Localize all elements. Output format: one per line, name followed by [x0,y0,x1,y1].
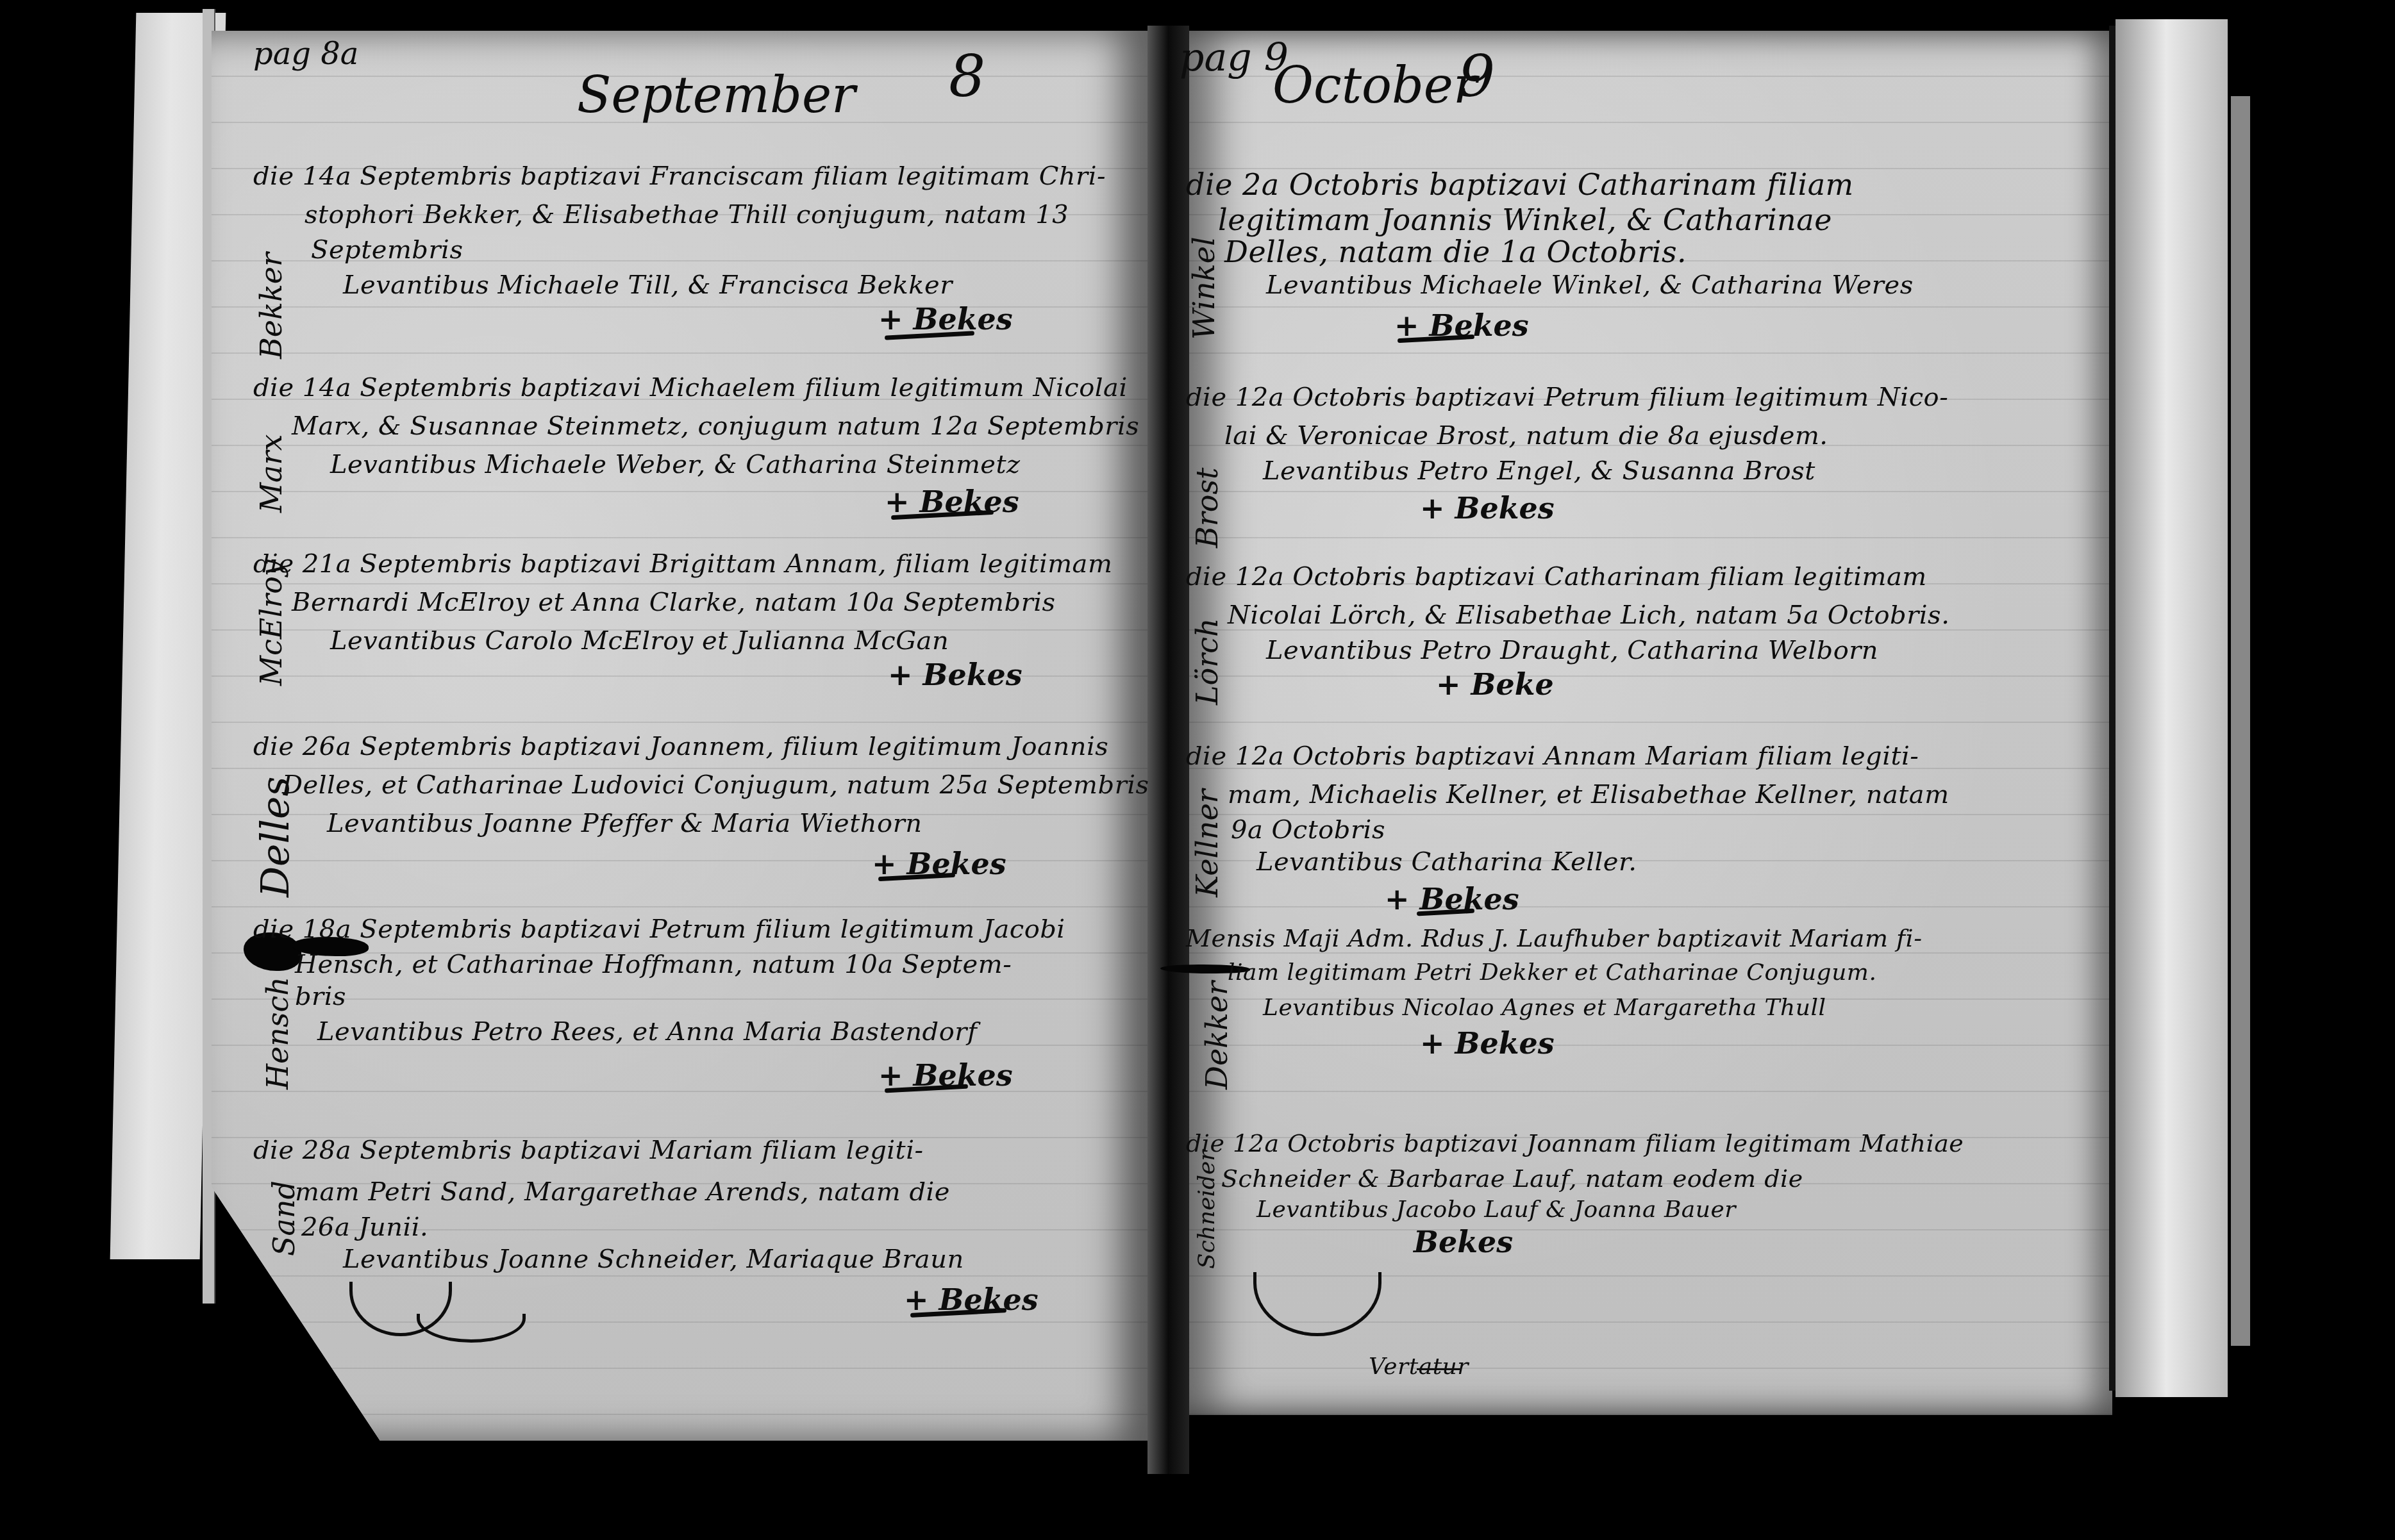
left-page-ref: pag 8a [253,38,358,69]
entry-line: Delles, et Catharinae Ludovici Conjugum,… [282,772,1149,798]
entry-line: Levantibus Michaele Till, & Francisca Be… [343,272,953,298]
entry-line: legitimam Joannis Winkel, & Catharinae [1218,205,1832,235]
entry-line: Levantibus Catharina Keller. [1256,849,1637,875]
priest-signature: + Bekes [878,304,1013,334]
entry-line: 9a Octobris [1231,817,1385,843]
entry-line: Levantibus Carolo McElroy et Julianna Mc… [330,628,949,654]
left-month-heading: September [577,70,855,120]
entry-line: die 14a Septembris baptizavi Franciscam … [253,163,1106,189]
entry-line: die 26a Septembris baptizavi Joannem, fi… [253,734,1108,759]
vertatur-note: Vertatur [1369,1355,1469,1379]
entry-line: die 12a Octobris baptizavi Joannam filia… [1186,1131,1964,1155]
priest-signature: + Beke [1436,670,1554,699]
book-gutter [1147,26,1189,1474]
margin-surname: Hensch [263,977,292,1089]
entry-line: Levantibus Nicolao Agnes et Margaretha T… [1263,997,1826,1020]
entry-line: liam legitimam Petri Dekker et Catharina… [1228,961,1876,984]
scanned-register-spread: pag 8a September 8 Bekker die 14a Septem… [0,0,2395,1540]
entry-line: die 21a Septembris baptizavi Brigittam A… [253,551,1112,577]
priest-signature: + Bekes [888,660,1022,690]
entry-line: Levantibus Petro Draught, Catharina Welb… [1266,638,1878,663]
margin-surname: Winkel [1189,236,1219,340]
entry-line: die 12a Octobris baptizavi Annam Mariam … [1186,743,1919,769]
inserted-slip-edge [2231,96,2250,1346]
vertatur-dash [1417,1368,1462,1370]
entry-line: Levantibus Joanne Pfeffer & Maria Wietho… [327,811,922,836]
entry-line: die 28a Septembris baptizavi Mariam fili… [253,1138,923,1163]
margin-surname: Kellner [1192,789,1222,897]
left-page-number: 8 [949,48,985,106]
priest-signature: + Bekes [1420,1029,1555,1058]
entry-line: Levantibus Petro Engel, & Susanna Brost [1263,458,1815,484]
entry-line: Levantibus Petro Rees, et Anna Maria Bas… [317,1019,977,1045]
entry-line: Levantibus Michaele Winkel, & Catharina … [1266,272,1914,298]
entry-line: bris [295,984,346,1009]
entry-line: die 18a Septembris baptizavi Petrum fili… [253,916,1065,942]
entry-line: lai & Veronicae Brost, natum die 8a ejus… [1224,423,1828,449]
entry-line: 26a Junii. [301,1214,428,1240]
entry-line: Septembris [311,237,463,263]
entry-line: mam, Michaelis Kellner, et Elisabethae K… [1228,782,1949,807]
entry-line: Delles, natam die 1a Octobris. [1224,237,1687,267]
right-month-heading: October [1273,61,1477,111]
entry-line: Levantibus Michaele Weber, & Catharina S… [330,452,1021,477]
entry-line: die 12a Octobris baptizavi Catharinam fi… [1186,564,1927,590]
margin-surname: Bekker [256,253,286,359]
entry-line: Nicolai Lörch, & Elisabethae Lich, natam… [1228,602,1949,628]
margin-surname: Marx [256,435,286,513]
entry-line: mam Petri Sand, Margarethae Arends, nata… [295,1179,950,1205]
entry-line: stophori Bekker, & Elisabethae Thill con… [305,202,1069,228]
right-page-number: 9 [1458,48,1495,106]
margin-surname: Lörch [1192,618,1222,705]
entry-line: die 2a Octobris baptizavi Catharinam fil… [1186,170,1854,199]
entry-line: die 12a Octobris baptizavi Petrum filium… [1186,385,1948,410]
inserted-slip [2115,19,2228,1397]
margin-surname: Brost [1192,467,1222,548]
margin-surname: Schneider [1196,1150,1219,1269]
entry-line: Levantibus Jacobo Lauf & Joanna Bauer [1256,1198,1736,1221]
priest-signature: + Bekes [1420,493,1555,523]
priest-signature: Bekes [1414,1227,1513,1257]
entry-line: Schneider & Barbarae Lauf, natam eodem d… [1221,1166,1803,1191]
entry-line: Mensis Maji Adm. Rdus J. Laufhuber bapti… [1186,926,1923,950]
margin-surname: Dekker [1202,981,1231,1089]
entry-line: Hensch, et Catharinae Hoffmann, natum 10… [295,952,1012,977]
entry-line: die 14a Septembris baptizavi Michaelem f… [253,375,1128,401]
entry-line: Levantibus Joanne Schneider, Mariaque Br… [343,1246,964,1272]
entry-line: Marx, & Susannae Steinmetz, conjugum nat… [292,413,1139,439]
entry-line: Bernardi McElroy et Anna Clarke, natam 1… [292,590,1056,615]
